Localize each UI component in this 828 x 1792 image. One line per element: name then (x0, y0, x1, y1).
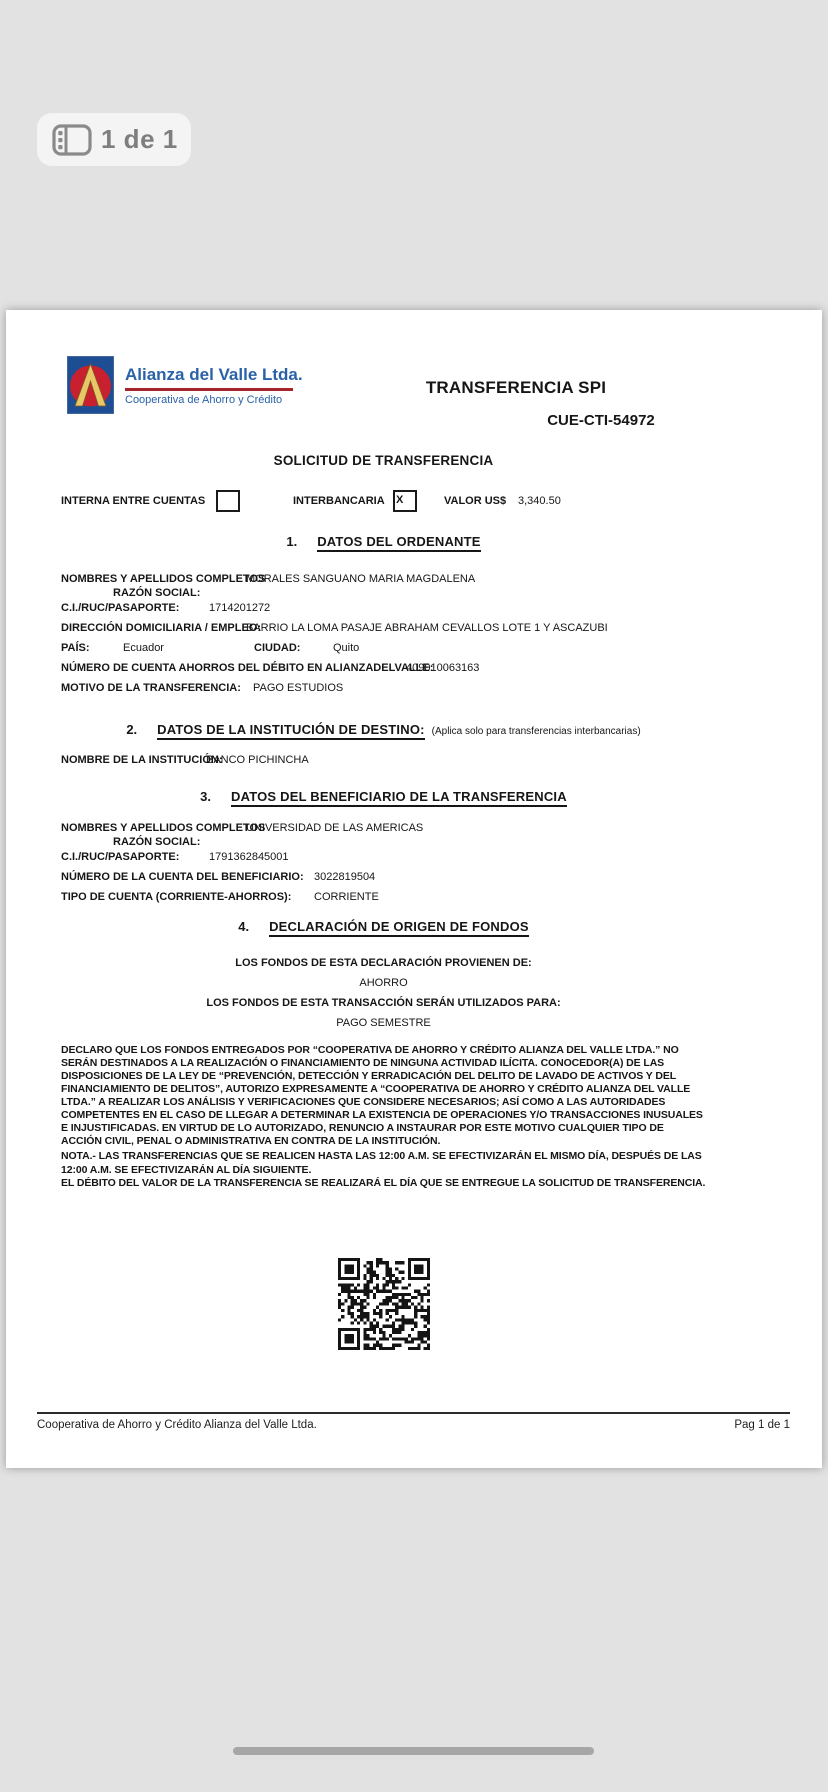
interbancaria-checkbox: X (393, 490, 417, 512)
field-row: NOMBRE DE LA INSTITUCIÓN: BANCO PICHINCH… (61, 754, 706, 767)
document-footer: Cooperativa de Ahorro y Crédito Alianza … (37, 1412, 790, 1431)
field-row: C.I./RUC/PASAPORTE: 1714201272 (61, 602, 706, 622)
valor-label: VALOR US$ (444, 495, 506, 507)
field-value: Ecuador (123, 642, 164, 654)
field-row: NÚMERO DE CUENTA AHORROS DEL DÉBITO EN A… (61, 662, 706, 682)
declaration-paragraph: DECLARO QUE LOS FONDOS ENTREGADOS POR “C… (61, 1044, 706, 1148)
section4-fields: LOS FONDOS DE ESTA DECLARACIÓN PROVIENEN… (61, 957, 706, 1037)
document-page[interactable]: Alianza del Valle Ltda. Cooperativa de A… (6, 310, 822, 1468)
field-label: RAZÓN SOCIAL: (61, 587, 706, 602)
pdf-viewer-screen: { "viewer": { "page_indicator": "1 de 1"… (0, 0, 828, 1792)
interna-label: INTERNA ENTRE CUENTAS (61, 495, 205, 507)
field-row: NÚMERO DE LA CUENTA DEL BENEFICIARIO: 30… (61, 871, 706, 891)
document-content: Alianza del Valle Ltda. Cooperativa de A… (61, 310, 706, 1350)
field-value: PAGO ESTUDIOS (253, 682, 343, 694)
field-label: PAÍS: (61, 642, 90, 654)
document-title: TRANSFERENCIA SPI (371, 378, 661, 398)
document-code: CUE-CTI-54972 (501, 412, 701, 429)
field-value: AHORRO (61, 977, 706, 997)
alianza-logo: Alianza del Valle Ltda. Cooperativa de A… (67, 356, 303, 414)
field-label: NOMBRE DE LA INSTITUCIÓN: (61, 754, 223, 766)
alianza-logo-icon (67, 356, 114, 414)
field-label: RAZÓN SOCIAL: (61, 836, 706, 851)
section3-heading: 3.DATOS DEL BENEFICIARIO DE LA TRANSFERE… (61, 789, 706, 806)
page-indicator[interactable]: 1 de 1 (37, 113, 191, 166)
section2-note: (Aplica solo para transferencias interba… (432, 726, 641, 737)
field-label: C.I./RUC/PASAPORTE: (61, 851, 179, 863)
valor-value: 3,340.50 (518, 495, 561, 507)
field-row: MOTIVO DE LA TRANSFERENCIA: PAGO ESTUDIO… (61, 682, 706, 696)
field-value: Quito (333, 642, 359, 654)
field-label: LOS FONDOS DE ESTA TRANSACCIÓN SERÁN UTI… (61, 997, 706, 1017)
home-indicator-bar[interactable] (233, 1747, 594, 1755)
field-value: MORALES SANGUANO MARIA MAGDALENA (246, 573, 475, 585)
field-label: MOTIVO DE LA TRANSFERENCIA: (61, 682, 241, 694)
field-value: CORRIENTE (314, 891, 379, 903)
field-label: TIPO DE CUENTA (CORRIENTE-AHORROS): (61, 891, 291, 903)
declaration-notes: NOTA.- LAS TRANSFERENCIAS QUE SE REALICE… (61, 1150, 706, 1191)
field-value: BARRIO LA LOMA PASAJE ABRAHAM CEVALLOS L… (246, 622, 608, 634)
field-value: 1714201272 (209, 602, 270, 614)
field-label: CIUDAD: (254, 642, 300, 654)
field-label: C.I./RUC/PASAPORTE: (61, 602, 179, 614)
thumbnails-icon (52, 124, 92, 156)
field-row: TIPO DE CUENTA (CORRIENTE-AHORROS): CORR… (61, 891, 706, 905)
field-value: 1791362845001 (209, 851, 289, 863)
page-indicator-label: 1 de 1 (101, 124, 178, 155)
field-value: 409010063163 (406, 662, 479, 674)
field-label: NÚMERO DE LA CUENTA DEL BENEFICIARIO: (61, 871, 304, 883)
field-label: LOS FONDOS DE ESTA DECLARACIÓN PROVIENEN… (61, 957, 706, 977)
nota-line: NOTA.- LAS TRANSFERENCIAS QUE SE REALICE… (61, 1150, 706, 1177)
field-row: NOMBRES Y APELLIDOS COMPLETOS MORALES SA… (61, 573, 706, 587)
interbancaria-label: INTERBANCARIA (293, 495, 385, 507)
brand-rule (125, 388, 293, 391)
section1-fields: NOMBRES Y APELLIDOS COMPLETOS MORALES SA… (61, 573, 706, 696)
field-row: PAÍS: Ecuador CIUDAD: Quito (61, 642, 706, 662)
section3-fields: NOMBRES Y APELLIDOS COMPLETOS UNIVERSIDA… (61, 822, 706, 905)
footer-company: Cooperativa de Ahorro y Crédito Alianza … (37, 1419, 317, 1431)
section1-heading: 1.DATOS DEL ORDENANTE (61, 534, 706, 551)
section2-heading: 2.DATOS DE LA INSTITUCIÓN DE DESTINO:(Ap… (61, 722, 706, 739)
field-label: DIRECCIÓN DOMICILIARIA / EMPLEO: (61, 622, 261, 634)
interna-checkbox (216, 490, 240, 512)
document-header: Alianza del Valle Ltda. Cooperativa de A… (61, 354, 706, 430)
field-label: NÚMERO DE CUENTA AHORROS DEL DÉBITO EN A… (61, 662, 433, 674)
field-row: NOMBRES Y APELLIDOS COMPLETOS UNIVERSIDA… (61, 822, 706, 836)
field-value: PAGO SEMESTRE (61, 1017, 706, 1037)
field-label: NOMBRES Y APELLIDOS COMPLETOS (61, 573, 265, 585)
transfer-type-row: INTERNA ENTRE CUENTAS INTERBANCARIA X VA… (61, 490, 706, 512)
brand-name: Alianza del Valle Ltda. (125, 365, 303, 385)
field-value: 3022819504 (314, 871, 375, 883)
field-label: NOMBRES Y APELLIDOS COMPLETOS (61, 822, 265, 834)
field-value: UNIVERSIDAD DE LAS AMERICAS (246, 822, 423, 834)
footer-page-number: Pag 1 de 1 (734, 1419, 790, 1431)
nota-line: EL DÉBITO DEL VALOR DE LA TRANSFERENCIA … (61, 1177, 706, 1191)
form-title: SOLICITUD DE TRANSFERENCIA (61, 453, 706, 468)
qr-code (338, 1258, 430, 1350)
field-row: C.I./RUC/PASAPORTE: 1791362845001 (61, 851, 706, 871)
section4-heading: 4.DECLARACIÓN DE ORIGEN DE FONDOS (61, 919, 706, 936)
field-row: DIRECCIÓN DOMICILIARIA / EMPLEO: BARRIO … (61, 622, 706, 642)
field-value: BANCO PICHINCHA (206, 754, 309, 766)
brand-subtitle: Cooperativa de Ahorro y Crédito (125, 394, 303, 406)
